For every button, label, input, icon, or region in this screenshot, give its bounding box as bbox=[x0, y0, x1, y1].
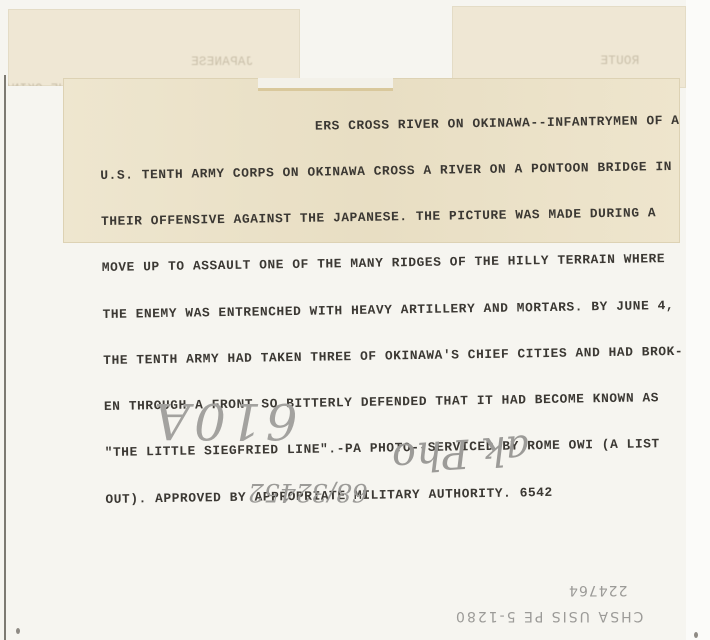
faded-caption-strip-left: JAPANESE TO ENEMY POSITIONS ON THE OKINA… bbox=[8, 9, 300, 86]
handwritten-signature: ak Pho bbox=[391, 425, 531, 480]
faded-line: ROUTE bbox=[600, 54, 639, 68]
caption-line: THE TENTH ARMY HAD TAKEN THREE OF OKINAW… bbox=[103, 344, 683, 369]
handwritten-file-number: 68/32452 bbox=[248, 478, 368, 507]
paper-speck bbox=[694, 632, 698, 638]
typed-caption-slip: ERS CROSS RIVER ON OKINAWA--INFANTRYMEN … bbox=[63, 78, 680, 243]
caption-line: OUT). APPROVED BY APPROPRIATE MILITARY A… bbox=[105, 482, 685, 507]
caption-line: THE ENEMY WAS ENTRENCHED WITH HEAVY ARTI… bbox=[102, 298, 682, 323]
caption-line: ERS CROSS RIVER ON OKINAWA--INFANTRYMEN … bbox=[99, 113, 679, 138]
handwritten-code: 610A bbox=[150, 392, 298, 450]
paper-speck bbox=[16, 628, 20, 634]
faded-caption-strip-right: ROUTE ALONG A RIVER CROSSING TROOPS ADV-… bbox=[452, 6, 686, 88]
sheet-edge bbox=[4, 75, 6, 640]
handwritten-archive-stamp: CHSA USIS PE 5-1280 bbox=[454, 608, 643, 624]
caption-line: U.S. TENTH ARMY CORPS ON OKINAWA CROSS A… bbox=[100, 159, 680, 184]
handwritten-accession-number: 224764 bbox=[568, 582, 627, 598]
scan-margin bbox=[686, 0, 710, 640]
caption-line: THEIR OFFENSIVE AGAINST THE JAPANESE. TH… bbox=[101, 205, 681, 230]
faded-line: JAPANESE bbox=[191, 55, 253, 69]
photo-back-sheet: JAPANESE TO ENEMY POSITIONS ON THE OKINA… bbox=[0, 0, 710, 640]
caption-line: MOVE UP TO ASSAULT ONE OF THE MANY RIDGE… bbox=[102, 251, 682, 276]
